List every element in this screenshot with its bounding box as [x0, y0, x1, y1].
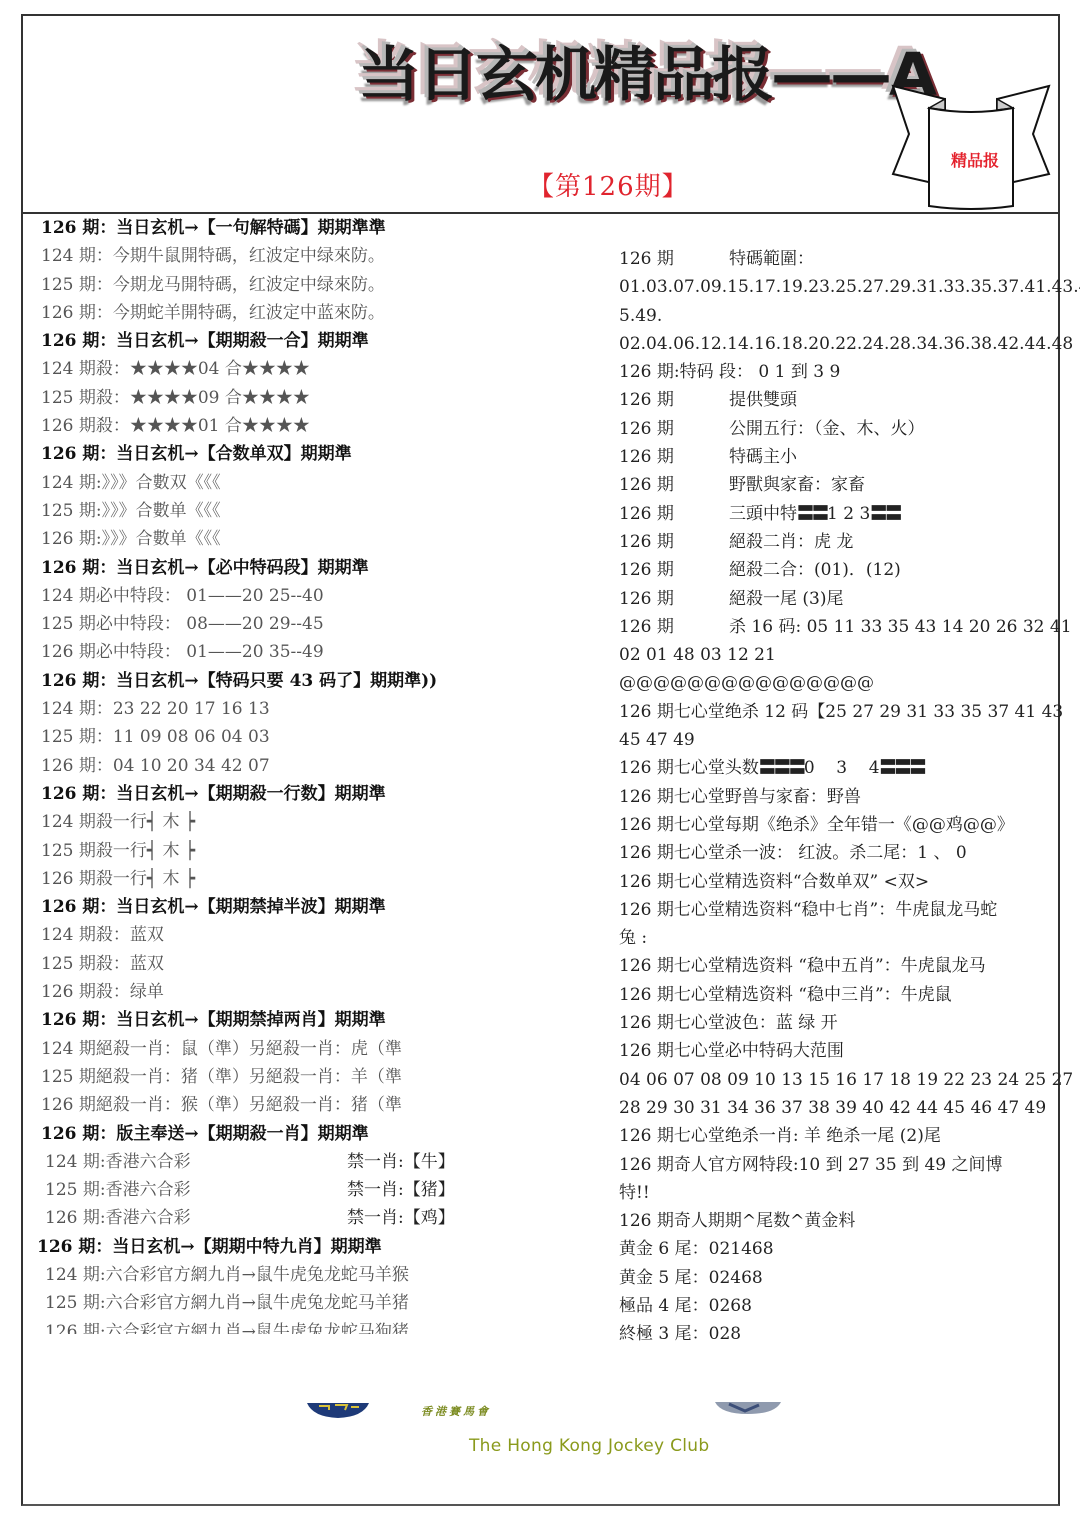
row-text: 126 期七心堂精选资料“稳中七肖”：牛虎鼠龙马蛇 [619, 900, 997, 920]
list-item: 28 29 30 31 34 36 37 38 39 40 42 44 45 4… [619, 1094, 1059, 1122]
row-text: 杀 16 码: 05 11 33 35 43 14 20 26 32 41 [729, 617, 1072, 637]
row-text: 特!! [619, 1183, 650, 1203]
banned-zodiac: 禁一肖:【猪】 [347, 1176, 455, 1204]
section-heading: 126 期：版主奉送→【期期殺一肖】期期準 [41, 1120, 521, 1148]
section-heading: 126 期：当日玄机→【期期殺一合】期期準 [41, 327, 521, 355]
list-item: 126 期七心堂精选资料“合数单双” <双> [619, 868, 1059, 896]
list-item: 126 期七心堂头数〓〓〓0 3 4〓〓〓 [619, 754, 1059, 782]
right-column: 126 期特碼範圍：01.03.07.09.15.17.19.23.25.27.… [619, 245, 1059, 1349]
row-text: 125 期殺一行┥ 木 ┝ [41, 841, 195, 861]
row-text: 124 期殺：蓝双 [41, 925, 164, 945]
row-text: 126 期七心堂绝杀 12 码【25 27 29 31 33 35 37 41 … [619, 702, 1063, 722]
row-text: 124 期殺：★★★★04 合★★★★ [41, 359, 310, 379]
list-item: 126 期七心堂必中特码大范围 [619, 1037, 1059, 1065]
list-item: 126 期:特码 段： 0 1 到 3 9 [619, 358, 1059, 386]
row-text: 野獸與家畜：家畜 [729, 475, 865, 495]
list-item: 126 期絕殺二肖：虎 龙 [619, 528, 1059, 556]
list-item: 124 期:六合彩官方網九肖→鼠牛虎兔龙蛇马羊猴 [41, 1261, 521, 1289]
period-label: 126 期 [619, 528, 729, 556]
row-text: 126 期：当日玄机→【一句解特碼】期期準準 [41, 218, 386, 238]
list-item: 125 期必中特段： 08——20 29--45 [41, 610, 521, 638]
list-item: 126 期七心堂精选资料“稳中七肖”：牛虎鼠龙马蛇 [619, 896, 1059, 924]
list-item: 126 期:》》》合數单《《《 [41, 525, 521, 553]
list-item: 125 期：今期龙马開特碼，红波定中绿來防。 [41, 271, 521, 299]
left-column: 126 期：当日玄机→【一句解特碼】期期準準124 期：今期牛鼠開特碼，红波定中… [41, 214, 521, 1334]
list-item: 126 期三頭中特〓〓1 2 3〓〓 [619, 500, 1059, 528]
row-text: 125 期：11 09 08 06 04 03 [41, 727, 270, 747]
period-label: 126 期 [619, 556, 729, 584]
row-text: 絕殺一尾 (3)尾 [729, 589, 843, 609]
row-text: 126 期七心堂必中特码大范围 [619, 1041, 844, 1061]
ribbon-shape-icon [863, 66, 1079, 216]
list-item: 124 期：23 22 20 17 16 13 [41, 695, 521, 723]
row-text: 01.03.07.09.15.17.19.23.25.27.29.31.33.3… [619, 277, 1080, 297]
list-item: 124 期:香港六合彩禁一肖:【牛】 [41, 1148, 521, 1176]
list-item: 02.04.06.12.14.16.18.20.22.24.28.34.36.3… [619, 330, 1059, 358]
list-item: 126 期七心堂杀一波： 红波。杀二尾：1 、 0 [619, 839, 1059, 867]
row-text: 124 期:六合彩官方網九肖→鼠牛虎兔龙蛇马羊猴 [41, 1265, 409, 1285]
row-text: 125 期：今期龙马開特碼，红波定中绿來防。 [41, 275, 385, 295]
row-text: 124 期:香港六合彩 [41, 1152, 191, 1172]
period-label: 126 期 [619, 471, 729, 499]
banned-zodiac: 禁一肖:【牛】 [347, 1148, 455, 1176]
list-item: 兔 : [619, 924, 1059, 952]
list-item: 124 期必中特段： 01——20 25--40 [41, 582, 521, 610]
bar-separator-icon: 〓〓 [870, 504, 900, 524]
list-item: @@@@@@@@@@@@@@@ [619, 669, 1059, 697]
list-item: 126 期必中特段： 01——20 35--49 [41, 638, 521, 666]
row-text: 提供雙頭 [729, 390, 797, 410]
row-text: 125 期絕殺一肖：猪（準）另絕殺一肖：羊（準 [41, 1067, 402, 1087]
row-text: 126 期殺一行┥ 木 ┝ [41, 869, 195, 889]
list-item: 125 期殺一行┥ 木 ┝ [41, 837, 521, 865]
row-text: 126 期：当日玄机→【期期殺一行数】期期準 [41, 784, 386, 804]
list-item: 124 期殺一行┥ 木 ┝ [41, 808, 521, 836]
row-text: 125 期殺：蓝双 [41, 954, 164, 974]
list-item: 126 期殺：★★★★01 合★★★★ [41, 412, 521, 440]
period-label: 126 期 [619, 386, 729, 414]
club-chinese-name: 香港賽馬會 [421, 1403, 491, 1419]
section-heading: 126 期：当日玄机→【期期禁掉半波】期期準 [41, 893, 521, 921]
row-text: 黄金 6 尾：021468 [619, 1239, 774, 1259]
row-text: 125 期:》》》合數单《《《 [41, 501, 221, 521]
row-text: 124 期必中特段： 01——20 25--40 [41, 586, 324, 606]
list-item: 黄金 5 尾：02468 [619, 1264, 1059, 1292]
row-text: 5.49. [619, 306, 662, 326]
list-item: 124 期殺：★★★★04 合★★★★ [41, 355, 521, 383]
list-item: 124 期:》》》合數双《《《 [41, 469, 521, 497]
bar-separator-icon: 〓〓〓 [759, 758, 804, 778]
list-item: 126 期野獸與家畜：家畜 [619, 471, 1059, 499]
list-item: 126 期絕殺一尾 (3)尾 [619, 585, 1059, 613]
row-text: 126 期：当日玄机→【期期禁掉两肖】期期準 [41, 1010, 386, 1030]
period-label: 126 期 [619, 245, 729, 273]
list-item: 126 期杀 16 码: 05 11 33 35 43 14 20 26 32 … [619, 613, 1059, 641]
list-item: 125 期:》》》合數单《《《 [41, 497, 521, 525]
jockey-club-emblem-icon [715, 1401, 781, 1415]
club-english-name: The Hong Kong Jockey Club [469, 1436, 709, 1456]
row-text: 125 期:香港六合彩 [41, 1180, 191, 1200]
bar-separator-icon: 〓〓〓 [880, 758, 925, 778]
head-numbers: 0 3 4 [804, 758, 880, 778]
list-item: 126 期奇人期期^尾数^黄金料 [619, 1207, 1059, 1235]
list-item: 126 期七心堂绝杀 12 码【25 27 29 31 33 35 37 41 … [619, 698, 1059, 726]
list-item: 126 期七心堂精选资料 “稳中五肖”：牛虎鼠龙马 [619, 952, 1059, 980]
section-heading: 126 期：当日玄机→【必中特码段】期期準 [41, 554, 521, 582]
row-text: 126 期必中特段： 01——20 35--49 [41, 642, 324, 662]
row-text: 126 期：今期蛇羊開特碼，红波定中蓝來防。 [41, 303, 385, 323]
bar-separator-icon: 〓〓 [797, 504, 827, 524]
list-item: 126 期：04 10 20 34 42 07 [41, 752, 521, 780]
row-text: 絕殺二合：(01)．(12) [729, 560, 901, 580]
section-heading: 126 期：当日玄机→【期期中特九肖】期期準 [37, 1233, 521, 1261]
period-label: 126 期 [619, 443, 729, 471]
list-item: 125 期殺：★★★★09 合★★★★ [41, 384, 521, 412]
ribbon-banner-icon: 精品报 [863, 66, 1079, 216]
section-heading: 126 期：当日玄机→【期期禁掉两肖】期期準 [41, 1006, 521, 1034]
row-text: @@@@@@@@@@@@@@@ [619, 673, 874, 693]
list-item: 黄金 6 尾：021468 [619, 1235, 1059, 1263]
row-text: 124 期：今期牛鼠開特碼，红波定中绿來防。 [41, 246, 385, 266]
row-text: 04 06 07 08 09 10 13 15 16 17 18 19 22 2… [619, 1070, 1073, 1090]
list-item: 45 47 49 [619, 726, 1059, 754]
section-heading: 126 期：当日玄机→【一句解特碼】期期準準 [41, 214, 521, 242]
issue-number: 【第126期】 [528, 166, 689, 203]
row-text: 126 期奇人官方网特段:10 到 27 35 到 49 之间博 [619, 1155, 1003, 1175]
row-text: 公開五行：（金、木、火） [729, 419, 925, 439]
row-text: 126 期：版主奉送→【期期殺一肖】期期準 [41, 1124, 369, 1144]
row-text: 黄金 5 尾：02468 [619, 1268, 763, 1288]
period-label: 126 期 [619, 585, 729, 613]
list-item: 極品 4 尾：0268 [619, 1292, 1059, 1320]
row-text: 126 期：当日玄机→【合数单双】期期準 [41, 444, 352, 464]
row-text: 126 期：当日玄机→【期期禁掉半波】期期準 [41, 897, 386, 917]
section-heading: 126 期：当日玄机→【期期殺一行数】期期準 [41, 780, 521, 808]
list-item: 125 期:六合彩官方網九肖→鼠牛虎兔龙蛇马羊猪 [41, 1289, 521, 1317]
row-text: 126 期:香港六合彩 [41, 1208, 191, 1228]
row-text: 124 期殺一行┥ 木 ┝ [41, 812, 195, 832]
list-item: 126 期絕殺二合：(01)．(12) [619, 556, 1059, 584]
row-text: 126 期七心堂野兽与家畜：野兽 [619, 787, 861, 807]
list-item: 終極 3 尾：028 [619, 1320, 1059, 1348]
list-item: 125 期絕殺一肖：猪（準）另絕殺一肖：羊（準 [41, 1063, 521, 1091]
list-item: 126 期七心堂野兽与家畜：野兽 [619, 783, 1059, 811]
header: 当日玄机精品报——A 【第126期】 精品报 [23, 16, 1058, 214]
period-label: 126 期 [619, 500, 729, 528]
list-item: 126 期七心堂每期《绝杀》全年错一《@@鸡@@》 [619, 811, 1059, 839]
row-text: 125 期殺：★★★★09 合★★★★ [41, 388, 310, 408]
list-item: 124 期：今期牛鼠開特碼，红波定中绿來防。 [41, 242, 521, 270]
row-text: 126 期七心堂绝杀一肖: 羊 绝杀一尾 (2)尾 [619, 1126, 941, 1146]
list-item: 126 期特碼主小 [619, 443, 1059, 471]
list-item: 5.49. [619, 302, 1059, 330]
list-item: 126 期殺一行┥ 木 ┝ [41, 865, 521, 893]
row-text: 特碼主小 [729, 447, 797, 467]
row-text: 126 期七心堂波色：蓝 绿 开 [619, 1013, 838, 1033]
list-item: 124 期絕殺一肖：鼠（準）另絕殺一肖：虎（準 [41, 1035, 521, 1063]
row-text: 兔 : [619, 928, 647, 948]
row-text: 124 期：23 22 20 17 16 13 [41, 699, 270, 719]
list-item: 特!! [619, 1179, 1059, 1207]
row-text: 126 期七心堂杀一波： 红波。杀二尾：1 、 0 [619, 843, 967, 863]
row-text: 126 期七心堂头数 [619, 758, 759, 778]
banned-zodiac: 禁一肖:【鸡】 [347, 1204, 455, 1232]
period-label: 126 期 [619, 613, 729, 641]
row-text: 45 47 49 [619, 730, 695, 750]
row-text: 絕殺二肖：虎 龙 [729, 532, 853, 552]
list-item: 124 期殺：蓝双 [41, 921, 521, 949]
row-text: 126 期七心堂精选资料 “稳中三肖”：牛虎鼠 [619, 985, 952, 1005]
row-text: 極品 4 尾：0268 [619, 1296, 752, 1316]
row-text: 126 期絕殺一肖：猴（準）另絕殺一肖：猪（準 [41, 1095, 402, 1115]
row-text: 126 期殺：★★★★01 合★★★★ [41, 416, 310, 436]
list-item: 126 期絕殺一肖：猴（準）另絕殺一肖：猪（準 [41, 1091, 521, 1119]
list-item: 126 期七心堂绝杀一肖: 羊 绝杀一尾 (2)尾 [619, 1122, 1059, 1150]
list-item: 126 期七心堂波色：蓝 绿 开 [619, 1009, 1059, 1037]
document-frame: 当日玄机精品报——A 【第126期】 精品报 126 期：当日玄机→【一句解特碼… [21, 14, 1060, 1506]
row-text: 終極 3 尾：028 [619, 1324, 741, 1344]
badge-label: 精品报 [951, 148, 999, 171]
row-text: 126 期：当日玄机→【必中特码段】期期準 [41, 558, 369, 578]
list-item: 125 期殺：蓝双 [41, 950, 521, 978]
row-text: 126 期:六合彩官方網九肖→鼠牛虎兔龙蛇马狗猪 [41, 1322, 409, 1334]
row-text: 28 29 30 31 34 36 37 38 39 40 42 44 45 4… [619, 1098, 1046, 1118]
list-item: 126 期特碼範圍： [619, 245, 1059, 273]
list-item: 126 期殺：绿单 [41, 978, 521, 1006]
list-item: 125 期：11 09 08 06 04 03 [41, 723, 521, 751]
list-item: 126 期:香港六合彩禁一肖:【鸡】 [41, 1204, 521, 1232]
row-text: 125 期必中特段： 08——20 29--45 [41, 614, 324, 634]
row-text: 126 期：04 10 20 34 42 07 [41, 756, 270, 776]
list-item: 126 期:六合彩官方網九肖→鼠牛虎兔龙蛇马狗猪 [41, 1318, 521, 1334]
row-text: 126 期：当日玄机→【特码只要 43 码了】期期準)) [41, 671, 437, 691]
row-text: 126 期:特码 段： 0 1 到 3 9 [619, 362, 840, 382]
row-text: 126 期:》》》合數单《《《 [41, 529, 221, 549]
list-item: 02 01 48 03 12 21 [619, 641, 1059, 669]
row-text: 三頭中特 [729, 504, 797, 524]
row-text: 126 期殺：绿单 [41, 982, 164, 1002]
section-heading: 126 期：当日玄机→【特码只要 43 码了】期期準)) [41, 667, 521, 695]
row-text: 124 期:》》》合數双《《《 [41, 473, 221, 493]
row-text: 125 期:六合彩官方網九肖→鼠牛虎兔龙蛇马羊猪 [41, 1293, 409, 1313]
section-heading: 126 期：当日玄机→【合数单双】期期準 [41, 440, 521, 468]
row-text: 02 01 48 03 12 21 [619, 645, 776, 665]
head-numbers: 1 2 3 [827, 504, 870, 524]
row-text: 126 期：当日玄机→【期期中特九肖】期期準 [37, 1237, 382, 1257]
row-text: 特碼範圍： [729, 249, 814, 269]
row-text: 126 期七心堂精选资料 “稳中五肖”：牛虎鼠龙马 [619, 956, 986, 976]
period-label: 126 期 [619, 415, 729, 443]
list-item: 04 06 07 08 09 10 13 15 16 17 18 19 22 2… [619, 1066, 1059, 1094]
list-item: 126 期奇人官方网特段:10 到 27 35 到 49 之间博 [619, 1151, 1059, 1179]
list-item: 126 期七心堂精选资料 “稳中三肖”：牛虎鼠 [619, 981, 1059, 1009]
list-item: 126 期公開五行：（金、木、火） [619, 415, 1059, 443]
row-text: 126 期：当日玄机→【期期殺一合】期期準 [41, 331, 369, 351]
row-text: 126 期七心堂每期《绝杀》全年错一《@@鸡@@》 [619, 815, 1014, 835]
list-item: 126 期提供雙頭 [619, 386, 1059, 414]
row-text: 126 期七心堂精选资料“合数单双” <双> [619, 872, 929, 892]
row-text: 126 期奇人期期^尾数^黄金料 [619, 1211, 855, 1231]
jockey-club-logo-icon [307, 1401, 369, 1419]
list-item: 126 期：今期蛇羊開特碼，红波定中蓝來防。 [41, 299, 521, 327]
row-text: 02.04.06.12.14.16.18.20.22.24.28.34.36.3… [619, 334, 1073, 354]
row-text: 124 期絕殺一肖：鼠（準）另絕殺一肖：虎（準 [41, 1039, 402, 1059]
list-item: 125 期:香港六合彩禁一肖:【猪】 [41, 1176, 521, 1204]
footer: 香港賽馬會 The Hong Kong Jockey Club [23, 1391, 1058, 1491]
list-item: 01.03.07.09.15.17.19.23.25.27.29.31.33.3… [619, 273, 1059, 301]
page-title: 当日玄机精品报——A [358, 36, 878, 114]
